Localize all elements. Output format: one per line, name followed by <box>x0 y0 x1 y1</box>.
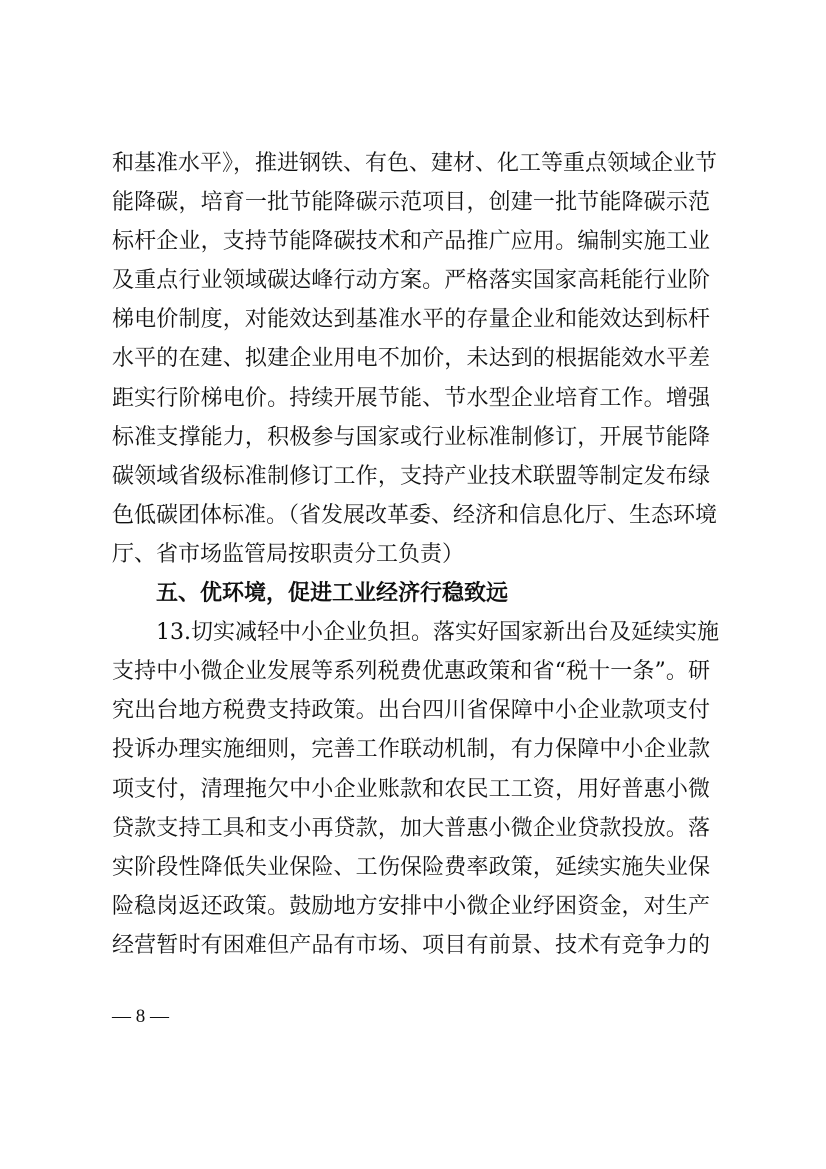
body-line: 险稳岗返还政策。鼓励地方安排中小微企业纾困资金，对生产 <box>112 887 710 926</box>
body-line: 投诉办理实施细则，完善工作联动机制，有力保障中小企业款 <box>112 730 710 769</box>
page-number: — 8 — <box>112 1006 169 1028</box>
page-body: 和基准水平》，推进钢铁、有色、建材、化工等重点领域企业节 能降碳，培育一批节能降… <box>112 144 710 965</box>
body-line: 经营暂时有困难但产品有市场、项目有前景、技术有竞争力的 <box>112 926 710 965</box>
body-line: 贷款支持工具和支小再贷款，加大普惠小微企业贷款投放。落 <box>112 809 710 848</box>
body-line: 标杆企业，支持节能降碳技术和产品推广应用。编制实施工业 <box>112 222 710 261</box>
body-line: 水平的在建、拟建企业用电不加价，未达到的根据能效水平差 <box>112 339 710 378</box>
body-line: 究出台地方税费支持政策。出台四川省保障中小企业款项支付 <box>112 691 710 730</box>
body-line: 碳领域省级标准制修订工作，支持产业技术联盟等制定发布绿 <box>112 457 710 496</box>
body-line: 距实行阶梯电价。持续开展节能、节水型企业培育工作。增强 <box>112 379 710 418</box>
body-line: 梯电价制度，对能效达到基准水平的存量企业和能效达到标杆 <box>112 300 710 339</box>
body-line: 及重点行业领域碳达峰行动方案。严格落实国家高耗能行业阶 <box>112 261 710 300</box>
body-line: 和基准水平》，推进钢铁、有色、建材、化工等重点领域企业节 <box>112 144 710 183</box>
body-line: 支持中小微企业发展等系列税费优惠政策和省“税十一条”。研 <box>112 652 710 691</box>
document-page: 和基准水平》，推进钢铁、有色、建材、化工等重点领域企业节 能降碳，培育一批节能降… <box>0 0 826 1169</box>
body-line: 项支付，清理拖欠中小企业账款和农民工工资，用好普惠小微 <box>112 770 710 809</box>
body-line: 能降碳，培育一批节能降碳示范项目，创建一批节能降碳示范 <box>112 183 710 222</box>
body-line: 厅、省市场监管局按职责分工负责） <box>112 535 710 574</box>
body-line: 标准支撑能力，积极参与国家或行业标准制修订，开展节能降 <box>112 418 710 457</box>
body-line: 实阶段性降低失业保险、工伤保险费率政策，延续实施失业保 <box>112 848 710 887</box>
body-line: 色低碳团体标准。（省发展改革委、经济和信息化厅、生态环境 <box>112 496 710 535</box>
section-heading: 五、优环境，促进工业经济行稳致远 <box>112 574 710 613</box>
body-line: 13.切实减轻中小企业负担。落实好国家新出台及延续实施 <box>112 613 710 652</box>
